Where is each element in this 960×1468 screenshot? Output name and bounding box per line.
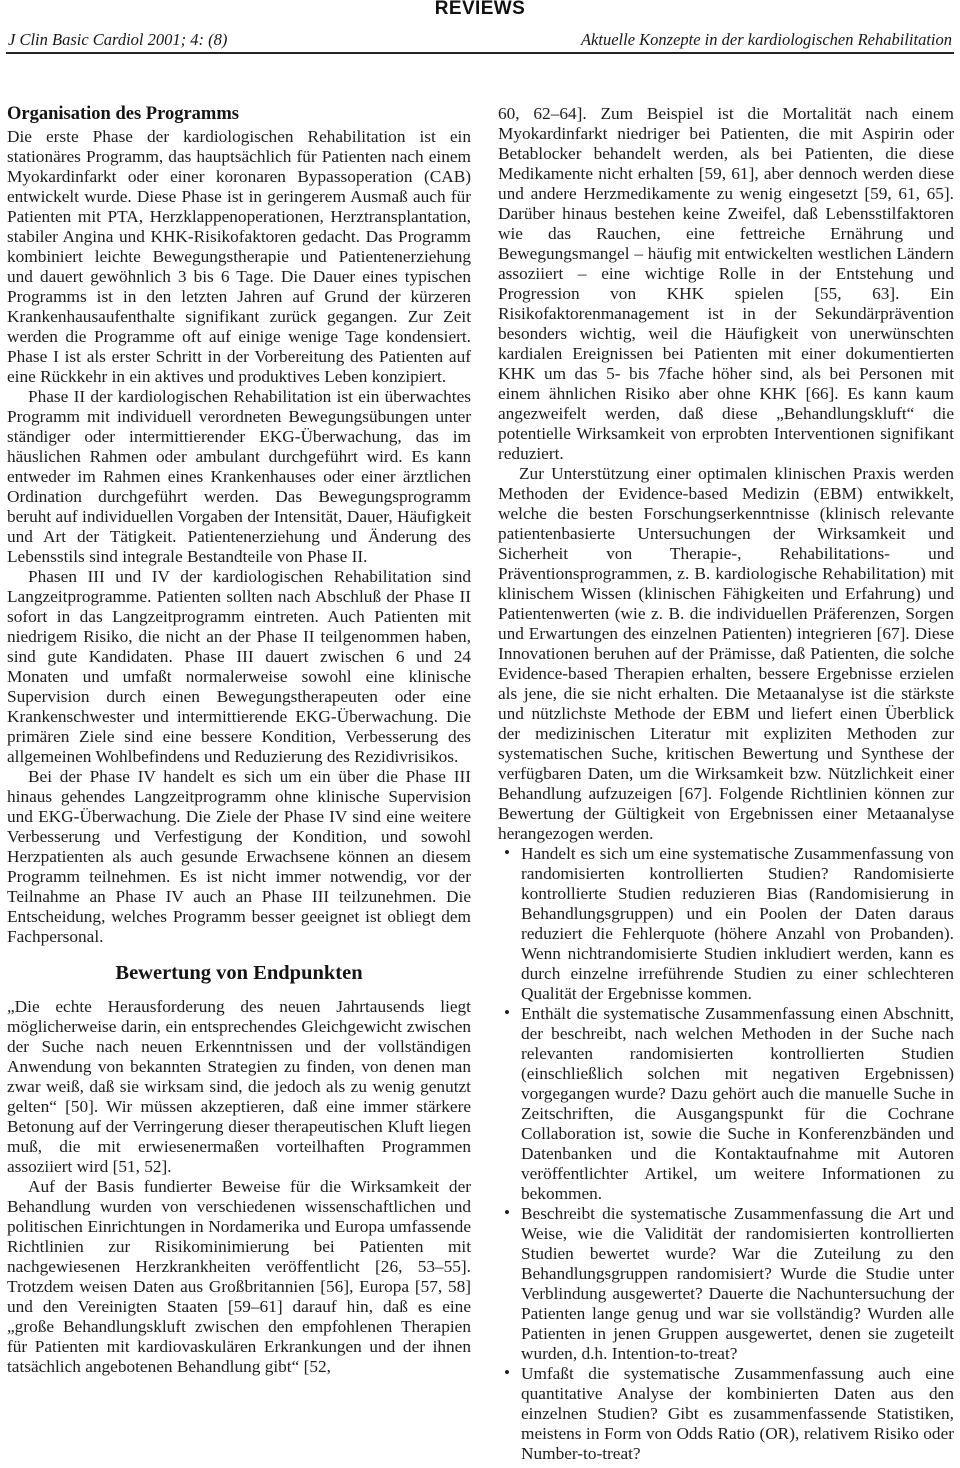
paragraph-herausforderung-zitat: „Die echte Herausforderung des neuen Jah… — [7, 997, 471, 1177]
bullet-dot-icon: • — [504, 1363, 510, 1383]
list-item-text: Enthält die systematische Zusammenfassun… — [521, 1004, 954, 1203]
section-heading-bewertung: Bewertung von Endpunkten — [7, 962, 471, 985]
paragraph-phase1: Die erste Phase der kardiologischen Reha… — [7, 127, 471, 387]
list-item-text: Umfaßt die systematische Zusammenfassung… — [521, 1364, 954, 1463]
paragraph-mortalitaet-risikofaktoren: 60, 62–64]. Zum Beispiel ist die Mortali… — [498, 104, 954, 464]
list-item: • Beschreibt die systematische Zusammenf… — [498, 1204, 954, 1364]
right-column: 60, 62–64]. Zum Beispiel ist die Mortali… — [498, 104, 954, 1464]
bullet-dot-icon: • — [504, 843, 510, 863]
paragraph-behandlungskluft: Auf der Basis fundierter Beweise für die… — [7, 1177, 471, 1377]
paragraph-phase3-4: Phasen III und IV der kardiologischen Re… — [7, 567, 471, 767]
bullet-dot-icon: • — [504, 1003, 510, 1023]
paragraph-phase4: Bei der Phase IV handelt es sich um ein … — [7, 767, 471, 947]
list-item-text: Handelt es sich um eine systematische Zu… — [521, 844, 954, 1003]
journal-citation: J Clin Basic Cardiol 2001; 4: (8) — [8, 30, 227, 50]
article-running-title: Aktuelle Konzepte in der kardiologischen… — [581, 30, 952, 50]
list-item-text: Beschreibt die systematische Zusammenfas… — [521, 1204, 954, 1363]
page-section-label: REVIEWS — [0, 0, 960, 20]
list-item: • Enthält die systematische Zusammenfass… — [498, 1004, 954, 1204]
paragraph-phase2: Phase II der kardiologischen Rehabilitat… — [7, 387, 471, 567]
left-column: Organisation des Programms Die erste Pha… — [7, 104, 471, 1464]
paragraph-ebm-metaanalyse: Zur Unterstützung einer optimalen klinis… — [498, 464, 954, 844]
journal-page: REVIEWS J Clin Basic Cardiol 2001; 4: (8… — [0, 0, 960, 1468]
header-divider — [6, 52, 954, 54]
two-column-body: Organisation des Programms Die erste Pha… — [7, 104, 954, 1464]
running-header: J Clin Basic Cardiol 2001; 4: (8) Aktuel… — [8, 30, 952, 50]
list-item: • Handelt es sich um eine systematische … — [498, 844, 954, 1004]
list-item: • Umfaßt die systematische Zusammenfassu… — [498, 1364, 954, 1464]
section-heading-organisation: Organisation des Programms — [7, 104, 471, 125]
bullet-dot-icon: • — [504, 1203, 510, 1223]
metaanalyse-richtlinien-list: • Handelt es sich um eine systematische … — [498, 844, 954, 1464]
